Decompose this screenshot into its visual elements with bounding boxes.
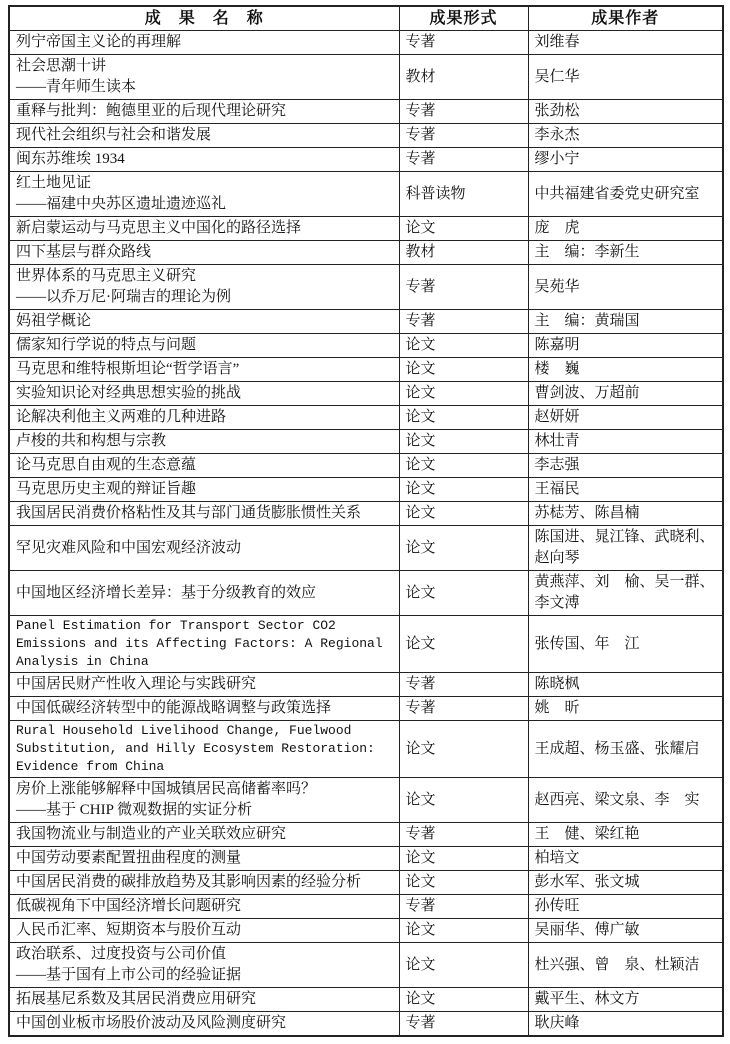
result-form: 教材 <box>399 55 528 100</box>
result-title: 妈祖学概论 <box>9 310 399 334</box>
result-title: Rural Household Livelihood Change, Fuelw… <box>9 721 399 778</box>
result-authors: 彭水军、张文城 <box>528 871 723 895</box>
table-row: 闽东苏维埃 1934 专著 缪小宁 <box>9 148 723 172</box>
result-form: 论文 <box>399 478 528 502</box>
table-row: 四下基层与群众路线 教材 主 编：李新生 <box>9 241 723 265</box>
result-title: 红土地见证 ——福建中央苏区遗址遗迹巡礼 <box>9 172 399 217</box>
table-row: 实验知识论对经典思想实验的挑战 论文 曹剑波、万超前 <box>9 382 723 406</box>
result-authors: 李志强 <box>528 454 723 478</box>
table-row: 新启蒙运动与马克思主义中国化的路径选择 论文 庞 虎 <box>9 217 723 241</box>
table-row: 政治联系、过度投资与公司价值 ——基于国有上市公司的经验证据 论文 杜兴强、曾 … <box>9 943 723 988</box>
result-form: 论文 <box>399 571 528 616</box>
result-form: 专著 <box>399 1012 528 1037</box>
result-form: 论文 <box>399 943 528 988</box>
result-form: 教材 <box>399 241 528 265</box>
result-title: 列宁帝国主义论的再理解 <box>9 31 399 55</box>
result-form: 论文 <box>399 526 528 571</box>
result-authors: 王 健、梁红艳 <box>528 823 723 847</box>
result-title: 马克思历史主观的辩证旨趣 <box>9 478 399 502</box>
result-authors: 孙传旺 <box>528 895 723 919</box>
results-table-header: 成 果 名 称 成果形式 成果作者 <box>9 6 723 31</box>
result-authors: 赵妍妍 <box>528 406 723 430</box>
result-form: 论文 <box>399 919 528 943</box>
result-authors: 黄燕萍、刘 榆、吴一群、 李文溥 <box>528 571 723 616</box>
table-row: Panel Estimation for Transport Sector CO… <box>9 616 723 673</box>
result-form: 论文 <box>399 616 528 673</box>
result-title: 现代社会组织与社会和谐发展 <box>9 124 399 148</box>
result-title: 世界体系的马克思主义研究 ——以乔万尼·阿瑞吉的理论为例 <box>9 265 399 310</box>
header-row: 成 果 名 称 成果形式 成果作者 <box>9 6 723 31</box>
result-form: 科普读物 <box>399 172 528 217</box>
result-authors: 缪小宁 <box>528 148 723 172</box>
result-title: 论马克思自由观的生态意蕴 <box>9 454 399 478</box>
result-authors: 王福民 <box>528 478 723 502</box>
result-title: 人民币汇率、短期资本与股价互动 <box>9 919 399 943</box>
result-authors: 主 编：李新生 <box>528 241 723 265</box>
table-row: 中国居民财产性收入理论与实践研究 专著 陈晓枫 <box>9 673 723 697</box>
result-title: 拓展基尼系数及其居民消费应用研究 <box>9 988 399 1012</box>
table-row: 房价上涨能够解释中国城镇居民高储蓄率吗？ ——基于 CHIP 微观数据的实证分析… <box>9 778 723 823</box>
table-row: 中国地区经济增长差异：基于分级教育的效应 论文 黄燕萍、刘 榆、吴一群、 李文溥 <box>9 571 723 616</box>
result-form: 专著 <box>399 673 528 697</box>
result-form: 论文 <box>399 847 528 871</box>
table-row: 中国劳动要素配置扭曲程度的测量 论文 柏培文 <box>9 847 723 871</box>
result-form: 论文 <box>399 217 528 241</box>
result-authors: 刘维春 <box>528 31 723 55</box>
result-form: 专著 <box>399 265 528 310</box>
result-form: 论文 <box>399 454 528 478</box>
result-form: 论文 <box>399 502 528 526</box>
result-authors: 耿庆峰 <box>528 1012 723 1037</box>
result-title: 实验知识论对经典思想实验的挑战 <box>9 382 399 406</box>
result-authors: 王成超、杨玉盛、张耀启 <box>528 721 723 778</box>
result-title: 房价上涨能够解释中国城镇居民高储蓄率吗？ ——基于 CHIP 微观数据的实证分析 <box>9 778 399 823</box>
result-title: 我国物流业与制造业的产业关联效应研究 <box>9 823 399 847</box>
result-authors: 楼 巍 <box>528 358 723 382</box>
result-authors: 林壮青 <box>528 430 723 454</box>
table-row: 卢梭的共和构想与宗教 论文 林壮青 <box>9 430 723 454</box>
document-page: 成 果 名 称 成果形式 成果作者 列宁帝国主义论的再理解 专著 刘维春 社会思… <box>0 0 730 1044</box>
result-form: 论文 <box>399 430 528 454</box>
result-title: 我国居民消费价格粘性及其与部门通货膨胀惯性关系 <box>9 502 399 526</box>
result-authors: 庞 虎 <box>528 217 723 241</box>
result-form: 专著 <box>399 31 528 55</box>
result-authors: 赵西亮、梁文泉、李 实 <box>528 778 723 823</box>
results-tbody: 列宁帝国主义论的再理解 专著 刘维春 社会思潮十讲 ——青年师生读本 教材 吴仁… <box>9 31 723 1037</box>
result-form: 论文 <box>399 721 528 778</box>
table-row: 红土地见证 ——福建中央苏区遗址遗迹巡礼 科普读物 中共福建省委党史研究室 <box>9 172 723 217</box>
results-table: 成 果 名 称 成果形式 成果作者 列宁帝国主义论的再理解 专著 刘维春 社会思… <box>8 5 724 1037</box>
result-authors: 陈国进、晁江锋、武晓利、 赵向琴 <box>528 526 723 571</box>
result-authors: 戴平生、林文方 <box>528 988 723 1012</box>
table-row: 中国居民消费的碳排放趋势及其影响因素的经验分析 论文 彭水军、张文城 <box>9 871 723 895</box>
result-title: 低碳视角下中国经济增长问题研究 <box>9 895 399 919</box>
table-row: 列宁帝国主义论的再理解 专著 刘维春 <box>9 31 723 55</box>
result-title: 罕见灾难风险和中国宏观经济波动 <box>9 526 399 571</box>
result-authors: 主 编：黄瑞国 <box>528 310 723 334</box>
table-row: 论马克思自由观的生态意蕴 论文 李志强 <box>9 454 723 478</box>
table-row: 重释与批判：鲍德里亚的后现代理论研究 专著 张劲松 <box>9 100 723 124</box>
table-row: 罕见灾难风险和中国宏观经济波动 论文 陈国进、晁江锋、武晓利、 赵向琴 <box>9 526 723 571</box>
table-row: 马克思历史主观的辩证旨趣 论文 王福民 <box>9 478 723 502</box>
col-header-result-name: 成 果 名 称 <box>9 6 399 31</box>
table-row: 妈祖学概论 专著 主 编：黄瑞国 <box>9 310 723 334</box>
result-authors: 曹剑波、万超前 <box>528 382 723 406</box>
result-authors: 陈晓枫 <box>528 673 723 697</box>
table-row: 中国低碳经济转型中的能源战略调整与政策选择 专著 姚 昕 <box>9 697 723 721</box>
table-row: 社会思潮十讲 ——青年师生读本 教材 吴仁华 <box>9 55 723 100</box>
result-authors: 姚 昕 <box>528 697 723 721</box>
table-row: 中国创业板市场股价波动及风险测度研究 专著 耿庆峰 <box>9 1012 723 1037</box>
table-row: 马克思和维特根斯坦论“哲学语言” 论文 楼 巍 <box>9 358 723 382</box>
result-authors: 吴丽华、傅广敏 <box>528 919 723 943</box>
result-form: 论文 <box>399 988 528 1012</box>
result-title: 马克思和维特根斯坦论“哲学语言” <box>9 358 399 382</box>
table-row: 我国物流业与制造业的产业关联效应研究 专著 王 健、梁红艳 <box>9 823 723 847</box>
result-authors: 陈嘉明 <box>528 334 723 358</box>
result-form: 论文 <box>399 778 528 823</box>
table-row: 我国居民消费价格粘性及其与部门通货膨胀惯性关系 论文 苏梽芳、陈昌楠 <box>9 502 723 526</box>
result-form: 论文 <box>399 871 528 895</box>
col-header-result-author: 成果作者 <box>528 6 723 31</box>
result-title: 中国低碳经济转型中的能源战略调整与政策选择 <box>9 697 399 721</box>
result-title: 闽东苏维埃 1934 <box>9 148 399 172</box>
result-form: 论文 <box>399 358 528 382</box>
result-title: 中国地区经济增长差异：基于分级教育的效应 <box>9 571 399 616</box>
result-form: 论文 <box>399 334 528 358</box>
result-title: Panel Estimation for Transport Sector CO… <box>9 616 399 673</box>
result-form: 专著 <box>399 697 528 721</box>
table-row: 儒家知行学说的特点与问题 论文 陈嘉明 <box>9 334 723 358</box>
result-authors: 张传国、年 江 <box>528 616 723 673</box>
table-row: 论解决利他主义两难的几种进路 论文 赵妍妍 <box>9 406 723 430</box>
result-authors: 吴苑华 <box>528 265 723 310</box>
result-title: 中国创业板市场股价波动及风险测度研究 <box>9 1012 399 1037</box>
table-row: 人民币汇率、短期资本与股价互动 论文 吴丽华、傅广敏 <box>9 919 723 943</box>
result-form: 论文 <box>399 406 528 430</box>
table-row: 世界体系的马克思主义研究 ——以乔万尼·阿瑞吉的理论为例 专著 吴苑华 <box>9 265 723 310</box>
result-authors: 柏培文 <box>528 847 723 871</box>
result-form: 专著 <box>399 310 528 334</box>
result-authors: 杜兴强、曾 泉、杜颖洁 <box>528 943 723 988</box>
result-title: 中国居民财产性收入理论与实践研究 <box>9 673 399 697</box>
result-form: 专著 <box>399 100 528 124</box>
result-title: 中国居民消费的碳排放趋势及其影响因素的经验分析 <box>9 871 399 895</box>
result-authors: 中共福建省委党史研究室 <box>528 172 723 217</box>
result-title: 中国劳动要素配置扭曲程度的测量 <box>9 847 399 871</box>
result-title: 论解决利他主义两难的几种进路 <box>9 406 399 430</box>
table-row: Rural Household Livelihood Change, Fuelw… <box>9 721 723 778</box>
table-row: 现代社会组织与社会和谐发展 专著 李永杰 <box>9 124 723 148</box>
result-authors: 张劲松 <box>528 100 723 124</box>
result-form: 专著 <box>399 823 528 847</box>
table-row: 拓展基尼系数及其居民消费应用研究 论文 戴平生、林文方 <box>9 988 723 1012</box>
result-title: 卢梭的共和构想与宗教 <box>9 430 399 454</box>
result-title: 新启蒙运动与马克思主义中国化的路径选择 <box>9 217 399 241</box>
result-title: 政治联系、过度投资与公司价值 ——基于国有上市公司的经验证据 <box>9 943 399 988</box>
result-form: 专著 <box>399 148 528 172</box>
result-authors: 苏梽芳、陈昌楠 <box>528 502 723 526</box>
result-title: 社会思潮十讲 ——青年师生读本 <box>9 55 399 100</box>
col-header-result-form: 成果形式 <box>399 6 528 31</box>
result-title: 重释与批判：鲍德里亚的后现代理论研究 <box>9 100 399 124</box>
result-title: 四下基层与群众路线 <box>9 241 399 265</box>
table-row: 低碳视角下中国经济增长问题研究 专著 孙传旺 <box>9 895 723 919</box>
result-authors: 李永杰 <box>528 124 723 148</box>
result-authors: 吴仁华 <box>528 55 723 100</box>
result-form: 专著 <box>399 124 528 148</box>
result-form: 论文 <box>399 382 528 406</box>
result-title: 儒家知行学说的特点与问题 <box>9 334 399 358</box>
result-form: 专著 <box>399 895 528 919</box>
